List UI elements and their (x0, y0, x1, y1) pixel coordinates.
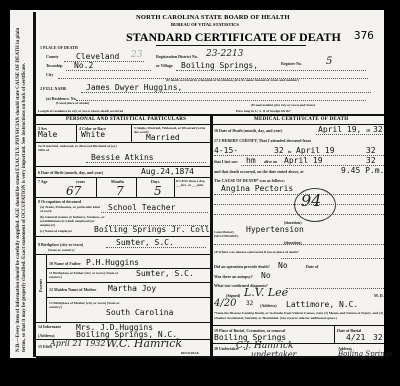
registration-district-value: 23-2213 (206, 49, 243, 59)
cause-value: Angina Pectoris (221, 184, 293, 193)
age-years-value: 67 (66, 184, 81, 198)
contracted-label: 18 Where was disease contracted if not a… (214, 250, 314, 254)
physician-address-label: (Address) (260, 303, 277, 308)
trade-line (101, 212, 208, 213)
date-of-death-line (316, 134, 383, 135)
row-line (210, 325, 384, 326)
register-no-label: Register No. (281, 61, 302, 66)
burial-year-value: 32 (373, 333, 383, 342)
to-label: to (288, 149, 291, 154)
burial-date-value: 4/21 (346, 333, 365, 342)
spouse-value: Bessie Atkins (91, 153, 154, 162)
village-value: Boiling Springs, (181, 61, 258, 70)
cause-line-2 (214, 204, 384, 205)
village-line (176, 70, 366, 71)
length-residence-label: Length of residence in city or town wher… (38, 109, 123, 113)
column-divider (210, 114, 213, 356)
race-value: White (81, 130, 105, 139)
hospital-note: (If death occurred in a hospital or inst… (166, 78, 299, 82)
last-saw-label: that I last saw (214, 159, 238, 164)
father-birthplace-label: 11 Birthplace of Father (city or town) (… (49, 271, 129, 279)
trade-value: School Teacher (108, 203, 175, 212)
mother-birthplace-value: South Carolina (106, 308, 173, 317)
cause-line-1 (214, 194, 384, 195)
registrar-label: REGISTRAR (181, 351, 199, 355)
occupation-label: 8 Occupation of deceased (38, 199, 81, 204)
title-underline (156, 45, 306, 46)
medical-section-title: MEDICAL CERTIFICATE OF DEATH (254, 117, 348, 122)
birthplace-label: 9 Birthplace (city or town) (38, 242, 83, 247)
dob-label: 6 Date of Birth (month, day, and year) (38, 170, 103, 175)
mother-label: 12 Maiden Name of Mother (49, 287, 96, 292)
operation-label: Did an operation precede death? (214, 264, 270, 269)
cell-divider (76, 124, 77, 142)
birthplace-value: Sumter, S.C. (116, 238, 174, 247)
alive-on-label: alive on (264, 159, 277, 164)
spouse-label: 5a If married, widowed, or divorced Husb… (38, 144, 118, 152)
board-header: NORTH CAROLINA STATE BOARD OF HEALTH (136, 14, 290, 21)
physician-signature: L.V. Lee (244, 286, 288, 299)
attended-from-year: 32 (274, 146, 284, 155)
cell-divider (131, 124, 132, 142)
father-label: 10 Name of Father (49, 261, 81, 266)
operation-value: No (278, 261, 288, 270)
age-months-value: 7 (116, 184, 124, 198)
attended-from-value: 4-15- (214, 146, 238, 155)
cause-label: The CAUSE OF DEATH* was as follows: (214, 178, 285, 183)
alive-on-value: April 19 (284, 156, 323, 165)
cause-line-3 (214, 214, 384, 215)
informant-label: 14 Informant (38, 324, 61, 329)
date-of-death-year-prefix: 19 (366, 128, 370, 133)
signed-date: 4/20 (214, 298, 236, 309)
residence-line (76, 100, 366, 101)
age-label: 7 Age (38, 179, 47, 184)
registration-district-label: Registration District No. (156, 54, 198, 59)
township-line (66, 70, 151, 71)
township-value: No.2 (74, 61, 93, 70)
parents-label: Parents (38, 279, 43, 292)
personal-section-title: PERSONAL AND STATISTICAL PARTICULARS (66, 117, 186, 122)
bottom-border (36, 356, 384, 358)
margin-instructions: N.B.—Every item of information should be… (14, 22, 34, 352)
date-of-death-label: 16 Date of Death (month, day, and year) (214, 128, 282, 133)
cell-divider (96, 177, 97, 197)
less-than-day-label: If LESS than 1 day, ___hrs. or ___min. (176, 179, 210, 187)
or-village-label: or Village (156, 63, 172, 68)
employer-value: Boiling Springs Jr. Coll (94, 225, 210, 234)
date-of-death-year: 32 (373, 125, 383, 134)
certify-label: 17 I HEREBY CERTIFY, That I attended dec… (214, 138, 382, 144)
parents-divider (46, 254, 47, 322)
age-days-value: 5 (154, 184, 162, 198)
row-line (36, 177, 210, 178)
cell-divider (136, 177, 137, 197)
county-annotation: 23 (131, 50, 142, 60)
time-of-death-value: 9.45 P.m. (341, 166, 384, 175)
employer-label: (c) Name of employer (40, 229, 72, 233)
cell-divider (174, 177, 175, 197)
date-of-label: Date of (306, 264, 318, 269)
autopsy-label: Was there an autopsy? (214, 274, 253, 279)
spouse-line (86, 162, 206, 163)
attended-to-year: 32 (366, 146, 376, 155)
birthplace-sub: (State or country) (48, 248, 75, 252)
birthplace-line (106, 247, 206, 248)
row-line (36, 142, 210, 143)
dob-value: Aug.24,1874 (141, 167, 194, 176)
registrar-signature: W.C. Hamrick (106, 337, 182, 350)
county-value: Cleveland (76, 52, 119, 61)
father-birthplace-value: Sumter, S.C. (136, 269, 194, 278)
last-saw-value: hm (246, 156, 256, 165)
certificate-title: STANDARD CERTIFICATE OF DEATH (126, 30, 341, 45)
cell-divider (334, 325, 335, 343)
contributory-value: Hypertension (246, 225, 304, 234)
signed-year: 32 (246, 300, 253, 307)
md-label: M. D. (374, 293, 384, 298)
full-name-label: 2 FULL NAME (40, 86, 67, 91)
father-value: P.H.Huggins (86, 258, 139, 267)
bureau-header: BUREAU OF VITAL STATISTICS (171, 22, 239, 27)
city-label: City (46, 72, 53, 77)
certificate-number: 376 (354, 29, 374, 42)
township-label: Township (46, 63, 63, 68)
informant-address-label: (Address) (38, 333, 55, 338)
marital-value: Married (146, 133, 180, 142)
register-no-value: 5 (326, 56, 332, 67)
place-of-death-label: 1 PLACE OF DEATH (40, 45, 78, 50)
residence-sub: (Usual place of abode) (56, 101, 89, 105)
sex-value: Male (38, 130, 57, 139)
test-line (286, 288, 384, 289)
row-line (46, 282, 210, 283)
contributory-label: Contributory (SECONDARY) (214, 230, 240, 238)
full-name-line (81, 92, 371, 93)
row-line (46, 297, 210, 298)
physician-address-value: Lattimore, N.C. (286, 300, 358, 309)
row-line (36, 254, 210, 255)
attended-to-value: April 19 (296, 146, 335, 155)
death-occurred-label: and that death occurred, on the date sta… (214, 169, 304, 174)
autopsy-value: No (261, 271, 271, 280)
cause-footnote: *State the Disease Causing Death, or in … (214, 311, 384, 320)
trade-label: (a) Trade, Profession, or particular kin… (40, 205, 100, 213)
county-label: County (46, 54, 59, 59)
filed-date: April 21 1932 (50, 339, 105, 348)
duration-label-2: (duration) (284, 240, 302, 245)
full-name-value: James Dwyer Huggins, (86, 83, 182, 92)
margin-note-text: N.B.—Every item of information should be… (16, 22, 28, 352)
date-of-death-value: April 19, (318, 125, 361, 134)
contracted-line (281, 258, 384, 259)
row-line (36, 236, 210, 237)
death-certificate-form: NORTH CAROLINA STATE BOARD OF HEALTH BUR… (33, 12, 386, 357)
mother-value: Martha Joy (108, 284, 156, 293)
row-line (36, 197, 210, 198)
foreign-birth-label: How long in U. S. if of foreign birth? (236, 109, 291, 113)
alive-on-year: 32 (366, 156, 376, 165)
foreign-note: (If nonresident give city or town and St… (251, 103, 315, 107)
